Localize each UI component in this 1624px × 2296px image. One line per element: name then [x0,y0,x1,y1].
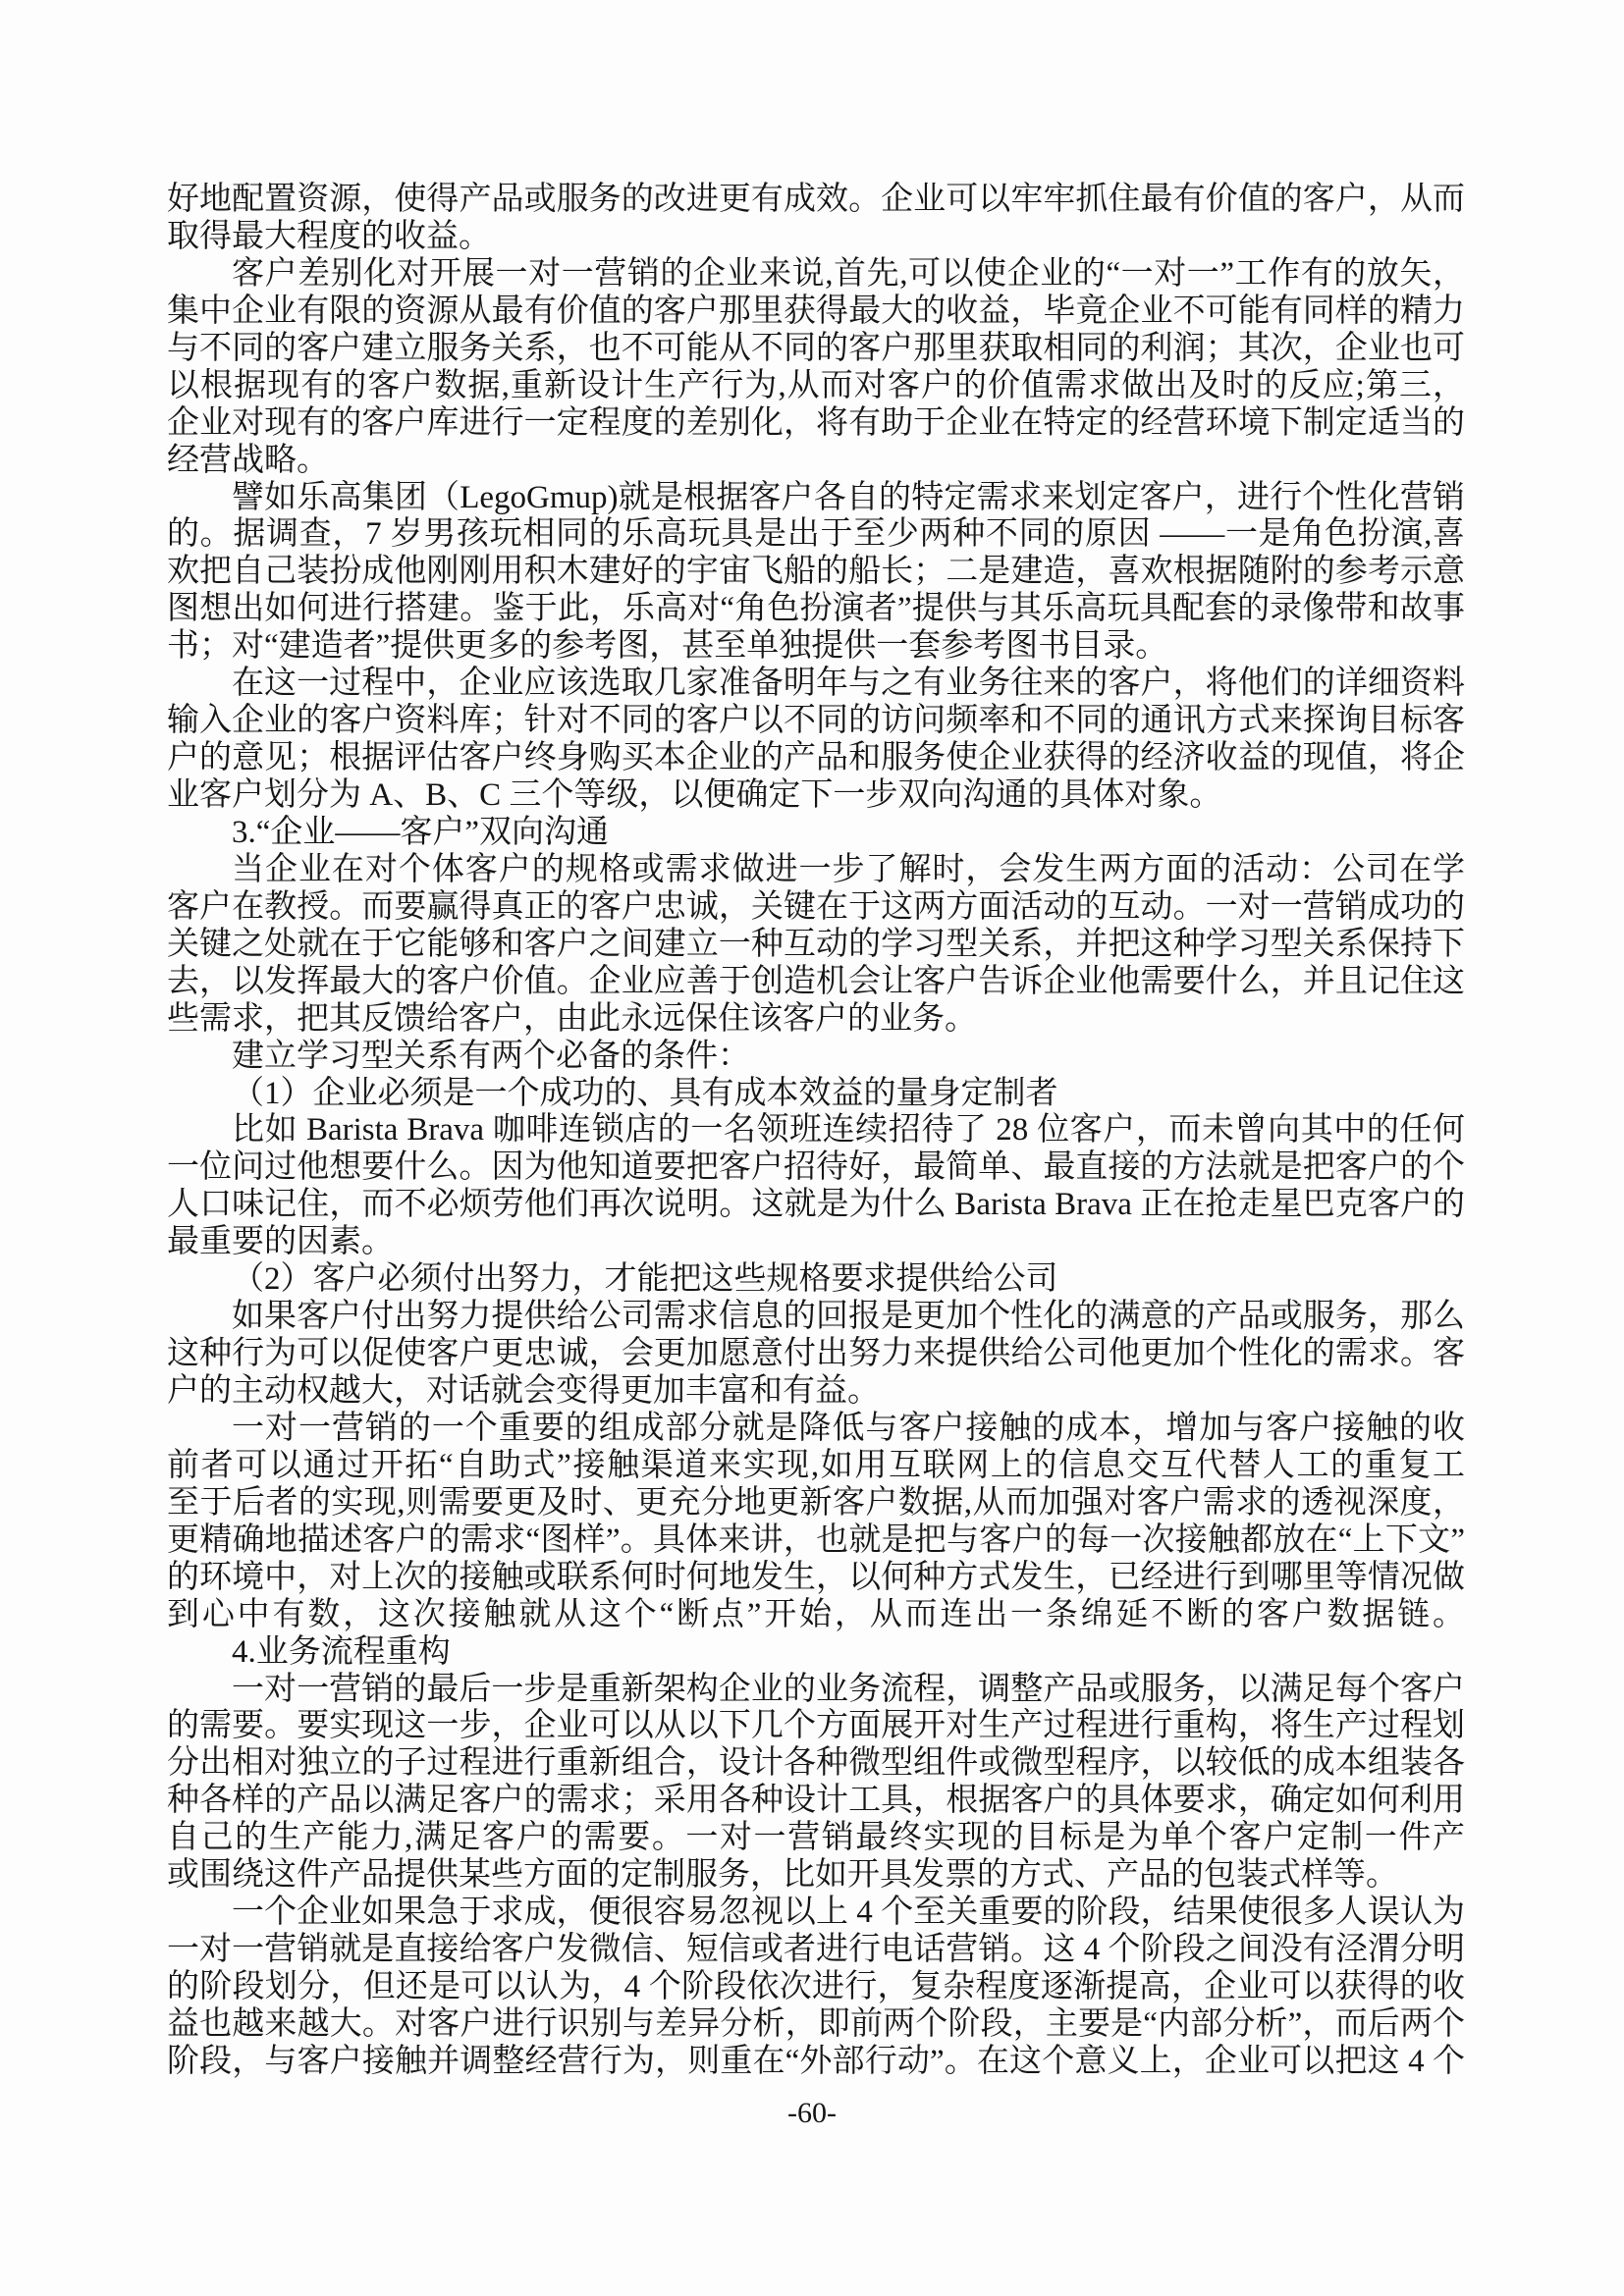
text-line: 集中企业有限的资源从最有价值的客户那里获得最大的收益，毕竟企业不可能有同样的精力 [167,294,1465,331]
text-line: 这种行为可以促使客户更忠诚，会更加愿意付出努力来提供给公司他更加个性化的需求。客 [167,1336,1465,1373]
document-body: 好地配置资源，使得产品或服务的改进更有成效。企业可以牢牢抓住最有价值的客户，从而… [167,182,1465,2081]
document-page: 好地配置资源，使得产品或服务的改进更有成效。企业可以牢牢抓住最有价值的客户，从而… [0,0,1624,2296]
text-line: 最重要的因素。 [167,1224,1465,1261]
paragraph: 当企业在对个体客户的规格或需求做进一步了解时，会发生两方面的活动：公司在学习，客… [167,852,1465,1039]
text-line: 图想出如何进行搭建。鉴于此，乐高对“角色扮演者”提供与其乐高玩具配套的录像带和故… [167,591,1465,628]
text-line: 4.业务流程重构 [167,1634,1465,1672]
text-line: 分出相对独立的子过程进行重新组合，设计各种微型组件或微型程序，以较低的成本组装各 [167,1745,1465,1783]
text-line: 更精确地描述客户的需求“图样”。具体来讲，也就是把与客户的每一次接触都放在“上下… [167,1522,1465,1560]
paragraph: 如果客户付出努力提供给公司需求信息的回报是更加个性化的满意的产品或服务，那么这种… [167,1299,1465,1411]
text-line: 种各样的产品以满足客户的需求；采用各种设计工具，根据客户的具体要求，确定如何利用 [167,1783,1465,1820]
text-line: 的。据调查，7 岁男孩玩相同的乐高玩具是出于至少两种不同的原因 ——一是角色扮演… [167,516,1465,554]
paragraph: 一对一营销的最后一步是重新架构企业的业务流程，调整产品或服务，以满足每个客户的需… [167,1672,1465,1896]
text-line: 益也越来越大。对客户进行识别与差异分析，即前两个阶段，主要是“内部分析”，而后两… [167,2006,1465,2044]
text-line: 经营战略。 [167,443,1465,480]
text-line: 一对一营销的最后一步是重新架构企业的业务流程，调整产品或服务，以满足每个客户 [167,1672,1465,1709]
paragraph: 一对一营销的一个重要的组成部分就是降低与客户接触的成本，增加与客户接触的收效。前… [167,1411,1465,1634]
text-line: 人口味记住，而不必烦劳他们再次说明。这就是为什么 Barista Brava 正… [167,1187,1465,1224]
text-line: 企业对现有的客户库进行一定程度的差别化，将有助于企业在特定的经营环境下制定适当的 [167,405,1465,443]
text-line: 一对一营销的一个重要的组成部分就是降低与客户接触的成本，增加与客户接触的收效。 [167,1411,1465,1448]
text-line: 或围绕这件产品提供某些方面的定制服务，比如开具发票的方式、产品的包装式样等。 [167,1857,1465,1895]
text-line: 欢把自己装扮成他刚刚用积木建好的宇宙飞船的船长；二是建造，喜欢根据随附的参考示意 [167,554,1465,591]
paragraph: 好地配置资源，使得产品或服务的改进更有成效。企业可以牢牢抓住最有价值的客户，从而… [167,182,1465,256]
paragraph: 3.“企业——客户”双向沟通 [167,815,1465,852]
text-line: 户的意见；根据评估客户终身购买本企业的产品和服务使企业获得的经济收益的现值，将企 [167,740,1465,777]
text-line: 在这一过程中，企业应该选取几家准备明年与之有业务往来的客户，将他们的详细资料 [167,666,1465,703]
text-line: 一个企业如果急于求成，便很容易忽视以上 4 个至关重要的阶段，结果使很多人误认为 [167,1895,1465,1932]
text-line: 至于后者的实现,则需要更及时、更充分地更新客户数据,从而加强对客户需求的透视深度… [167,1485,1465,1522]
text-line: 的阶段划分，但还是可以认为，4 个阶段依次进行，复杂程度逐渐提高，企业可以获得的… [167,1969,1465,2006]
paragraph: 比如 Barista Brava 咖啡连锁店的一名领班连续招待了 28 位客户，… [167,1112,1465,1261]
text-line: 输入企业的客户资料库；针对不同的客户以不同的访问频率和不同的通讯方式来探询目标客 [167,703,1465,740]
text-line: 3.“企业——客户”双向沟通 [167,815,1465,852]
paragraph: 建立学习型关系有两个必备的条件： [167,1039,1465,1076]
text-line: 以根据现有的客户数据,重新设计生产行为,从而对客户的价值需求做出及时的反应;第三… [167,368,1465,405]
text-line: 书；对“建造者”提供更多的参考图，甚至单独提供一套参考图书目录。 [167,628,1465,666]
text-line: 阶段，与客户接触并调整经营行为，则重在“外部行动”。在这个意义上，企业可以把这 … [167,2044,1465,2081]
text-line: 取得最大程度的收益。 [167,219,1465,256]
text-line: 关键之处就在于它能够和客户之间建立一种互动的学习型关系，并把这种学习型关系保持下 [167,927,1465,964]
text-line: 建立学习型关系有两个必备的条件： [167,1039,1465,1076]
text-line: 一对一营销就是直接给客户发微信、短信或者进行电话营销。这 4 个阶段之间没有泾渭… [167,1932,1465,1969]
text-line: 客户差别化对开展一对一营销的企业来说,首先,可以使企业的“一对一”工作有的放矢， [167,256,1465,294]
text-line: 的环境中，对上次的接触或联系何时何地发生，以何种方式发生，已经进行到哪里等情况做 [167,1560,1465,1597]
paragraph: 一个企业如果急于求成，便很容易忽视以上 4 个至关重要的阶段，结果使很多人误认为… [167,1895,1465,2081]
text-line: 与不同的客户建立服务关系，也不可能从不同的客户那里获取相同的利润；其次，企业也可 [167,331,1465,368]
paragraph: （1）企业必须是一个成功的、具有成本效益的量身定制者 [167,1076,1465,1113]
paragraph: 譬如乐高集团（LegoGmup)就是根据客户各自的特定需求来划定客户，进行个性化… [167,480,1465,667]
text-line: 户的主动权越大，对话就会变得更加丰富和有益。 [167,1373,1465,1411]
text-line: （2）客户必须付出努力，才能把这些规格要求提供给公司 [167,1261,1465,1299]
text-line: 一位问过他想要什么。因为他知道要把客户招待好，最简单、最直接的方法就是把客户的个 [167,1149,1465,1187]
text-line: 比如 Barista Brava 咖啡连锁店的一名领班连续招待了 28 位客户，… [167,1112,1465,1149]
text-line: 业客户划分为 A、B、C 三个等级，以便确定下一步双向沟通的具体对象。 [167,777,1465,815]
text-line: 客户在教授。而要赢得真正的客户忠诚，关键在于这两方面活动的互动。一对一营销成功的 [167,889,1465,927]
text-line: 的需要。要实现这一步，企业可以从以下几个方面展开对生产过程进行重构，将生产过程划 [167,1708,1465,1745]
text-line: 当企业在对个体客户的规格或需求做进一步了解时，会发生两方面的活动：公司在学习， [167,852,1465,889]
text-line: 些需求，把其反馈给客户，由此永远保住该客户的业务。 [167,1001,1465,1039]
text-line: 如果客户付出努力提供给公司需求信息的回报是更加个性化的满意的产品或服务，那么 [167,1299,1465,1336]
text-line: 到心中有数，这次接触就从这个“断点”开始，从而连出一条绵延不断的客户数据链。 [167,1597,1465,1634]
paragraph: 在这一过程中，企业应该选取几家准备明年与之有业务往来的客户，将他们的详细资料输入… [167,666,1465,815]
text-line: 去，以发挥最大的客户价值。企业应善于创造机会让客户告诉企业他需要什么，并且记住这 [167,964,1465,1001]
text-line: 譬如乐高集团（LegoGmup)就是根据客户各自的特定需求来划定客户，进行个性化… [167,480,1465,517]
text-line: 自己的生产能力,满足客户的需要。一对一营销最终实现的目标是为单个客户定制一件产品… [167,1820,1465,1857]
text-line: 前者可以通过开拓“自助式”接触渠道来实现,如用互联网上的信息交互代替人工的重复工… [167,1448,1465,1485]
page-number: -60- [0,2097,1624,2130]
paragraph: 4.业务流程重构 [167,1634,1465,1672]
text-line: （1）企业必须是一个成功的、具有成本效益的量身定制者 [167,1076,1465,1113]
paragraph: 客户差别化对开展一对一营销的企业来说,首先,可以使企业的“一对一”工作有的放矢，… [167,256,1465,480]
text-line: 好地配置资源，使得产品或服务的改进更有成效。企业可以牢牢抓住最有价值的客户，从而 [167,182,1465,219]
paragraph: （2）客户必须付出努力，才能把这些规格要求提供给公司 [167,1261,1465,1299]
